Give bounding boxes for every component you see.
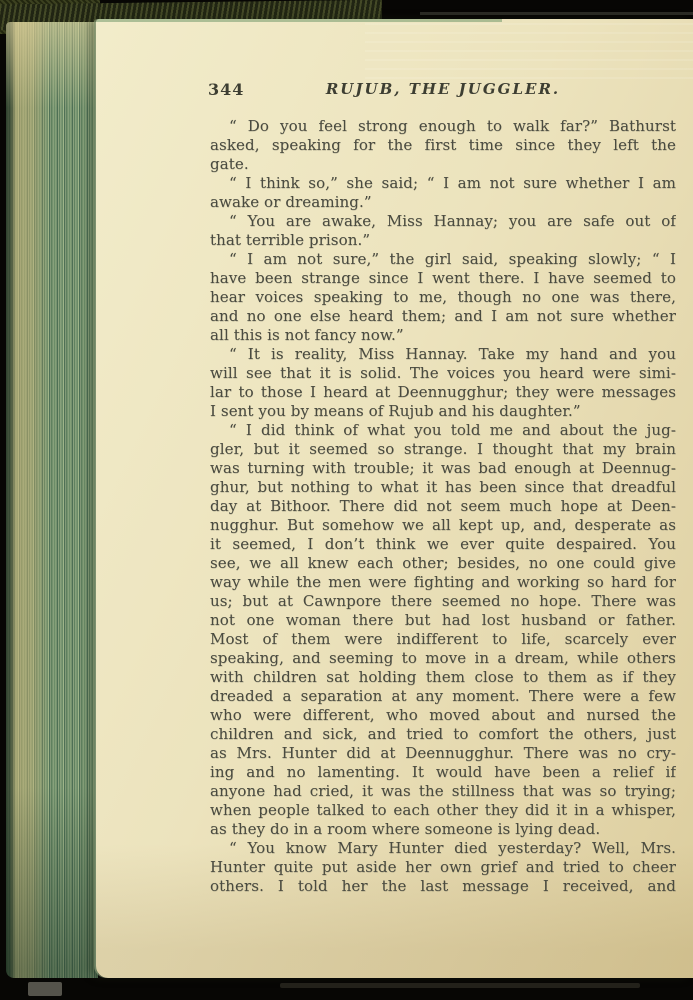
text-line: ghur, but nothing to what it has been si… [210, 478, 676, 497]
text-line: not one woman there but had lost husband… [210, 611, 676, 630]
text-line: it seemed, I don’t think we ever quite d… [210, 535, 676, 554]
text-line: was turning with trouble; it was bad eno… [210, 459, 676, 478]
text-line: awake or dreaming.” [210, 193, 676, 212]
text-line: I sent you by means of Rujub and his dau… [210, 402, 676, 421]
text-line: Hunter quite put aside her own grief and… [210, 858, 676, 877]
text-line: ing and no lamenting. It would have been… [210, 763, 676, 782]
text-line: when people talked to each other they di… [210, 801, 676, 820]
text-line: and no one else heard them; and I am not… [210, 307, 676, 326]
page-content: 344 RUJUB, THE JUGGLER. “ Do you feel st… [210, 80, 676, 896]
text-line: lar to those I heard at Deennugghur; the… [210, 383, 676, 402]
text-line: day at Bithoor. There did not seem much … [210, 497, 676, 516]
text-line: will see that it is solid. The voices yo… [210, 364, 676, 383]
text-line: hear voices speaking to me, though no on… [210, 288, 676, 307]
text-line: see, we all knew each other; besides, no… [210, 554, 676, 573]
text-line: “ I think so,” she said; “ I am not sure… [210, 174, 676, 193]
text-line: as they do in a room where someone is ly… [210, 820, 676, 839]
background-glint [420, 12, 693, 15]
text-line: as Mrs. Hunter did at Deennugghur. There… [210, 744, 676, 763]
text-line: with children sat holding them close to … [210, 668, 676, 687]
text-line: all this is not fancy now.” [210, 326, 676, 345]
text-line: way while the men were fighting and work… [210, 573, 676, 592]
page-header-row: 344 RUJUB, THE JUGGLER. [210, 80, 676, 100]
text-line: who were different, who moved about and … [210, 706, 676, 725]
text-line: gate. [210, 155, 676, 174]
text-line: dreaded a separation at any moment. Ther… [210, 687, 676, 706]
text-line: “ I did think of what you told me and ab… [210, 421, 676, 440]
table-edge-highlight [280, 983, 640, 988]
table-highlight [28, 982, 62, 996]
text-line: “ It is reality, Miss Hannay. Take my ha… [210, 345, 676, 364]
page-number: 344 [208, 80, 244, 99]
text-line: speaking, and seeming to move in a dream… [210, 649, 676, 668]
text-line: others. I told her the last message I re… [210, 877, 676, 896]
text-line: have been strange since I went there. I … [210, 269, 676, 288]
book-photo-scene: 344 RUJUB, THE JUGGLER. “ Do you feel st… [0, 0, 693, 1000]
text-line: that terrible prison.” [210, 231, 676, 250]
book-fore-edge-pages [6, 22, 98, 978]
text-line: gler, but it seemed so strange. I though… [210, 440, 676, 459]
text-line: nugghur. But somehow we all kept up, and… [210, 516, 676, 535]
text-line: anyone had cried, it was the stillness t… [210, 782, 676, 801]
text-line: “ Do you feel strong enough to walk far?… [210, 117, 676, 136]
text-line: asked, speaking for the first time since… [210, 136, 676, 155]
text-line: children and sick, and tried to comfort … [210, 725, 676, 744]
book-page: 344 RUJUB, THE JUGGLER. “ Do you feel st… [96, 19, 693, 978]
running-header-title: RUJUB, THE JUGGLER. [210, 80, 676, 98]
text-line: “ You know Mary Hunter died yesterday? W… [210, 839, 676, 858]
page-text: “ Do you feel strong enough to walk far?… [210, 117, 676, 896]
text-line: us; but at Cawnpore there seemed no hope… [210, 592, 676, 611]
text-line: “ I am not sure,” the girl said, speakin… [210, 250, 676, 269]
text-line: Most of them were indifferent to life, s… [210, 630, 676, 649]
text-line: “ You are awake, Miss Hannay; you are sa… [210, 212, 676, 231]
